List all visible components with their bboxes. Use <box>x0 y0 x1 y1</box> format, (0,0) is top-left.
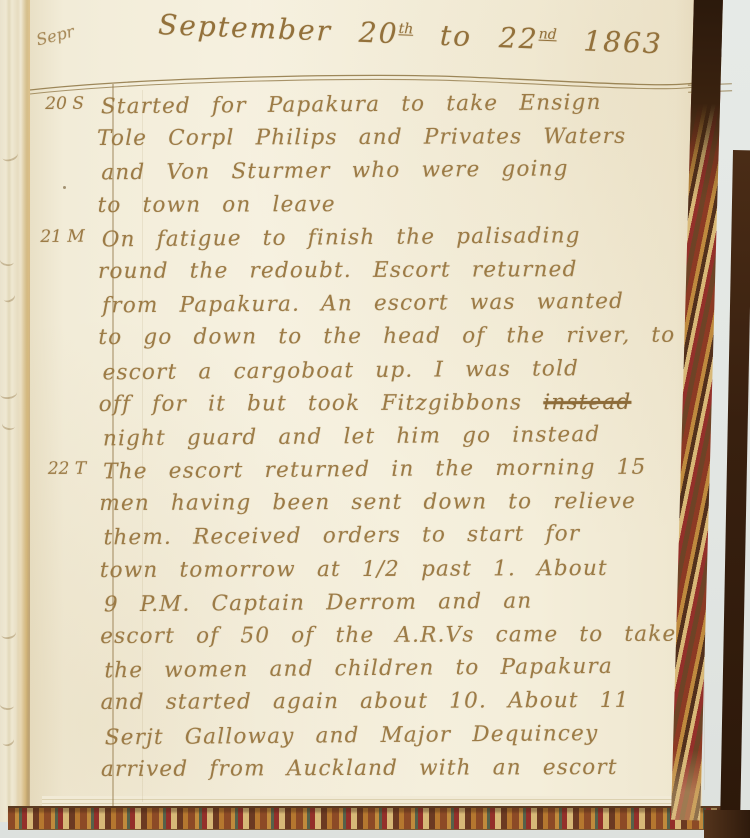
title-ordinal-from: th <box>398 21 413 38</box>
diary-photo: Sepr September 20th to 22nd 1863 20 SSta… <box>0 0 750 838</box>
manuscript-line: 9 P.M. Captain Derrom and an <box>104 587 702 625</box>
manuscript-line: the women and children to Papakura <box>104 653 702 691</box>
manuscript-line: escort a cargoboat up. I was told <box>102 355 700 393</box>
manuscript-line: escort of 50 of the A.R.Vs came to take <box>100 622 698 658</box>
manuscript-text: off for it but took Fitzgibbons <box>99 390 544 417</box>
manuscript-line: and started again about 10. About 11 <box>101 688 699 724</box>
entry-lines: On fatigue to finish the palisadinground… <box>93 223 698 459</box>
manuscript-line: On fatigue to finish the palisading <box>102 222 700 260</box>
title-ordinal-to: nd <box>538 26 557 43</box>
manuscript-line: and Von Sturmer who were going <box>101 156 699 194</box>
manuscript-line: to go down to the head of the river, to <box>98 323 696 359</box>
manuscript-line: off for it but took Fitzgibbons instead <box>99 389 697 425</box>
manuscript-line: Serjt Galloway and Major Dequincey <box>105 720 703 758</box>
manuscript-line: The escort returned in the morning 15 <box>103 454 701 492</box>
manuscript-line: town tomorrow at 1/2 past 1. About <box>100 555 698 591</box>
bottom-page-edge-stack <box>42 796 692 806</box>
bottom-marbled-edge <box>8 806 724 830</box>
leather-corner <box>704 810 750 838</box>
struck-word: instead <box>543 390 631 415</box>
manuscript-line: arrived from Auckland with an escort <box>101 754 699 790</box>
title-day-to: 22 <box>498 21 539 55</box>
title-year: 1863 <box>583 24 663 60</box>
leather-cover-edge <box>720 150 750 838</box>
diary-entry: 20 SStarted for Papakura to take EnsignT… <box>28 90 697 227</box>
manuscript-line: Started for Papakura to take Ensign <box>101 89 699 127</box>
manuscript-line: night guard and let him go instead <box>103 421 701 459</box>
entry-date-label: 20 S <box>28 94 93 227</box>
entry-date-label: 22 T <box>30 459 96 791</box>
entry-date-label: 21 M <box>29 226 94 459</box>
title-month: September <box>158 8 333 48</box>
title-day-from: 20 <box>358 16 399 50</box>
title-connector: to <box>439 19 472 53</box>
entry-lines: Started for Papakura to take EnsignTole … <box>92 90 697 226</box>
manuscript-line: to town on leave <box>98 190 696 226</box>
manuscript-line: round the redoubt. Escort returned <box>98 257 696 293</box>
manuscript-line: them. Received orders to start for <box>103 521 701 559</box>
manuscript-line: Tole Corpl Philips and Privates Waters <box>97 124 695 160</box>
diary-entry: 22 TThe escort returned in the morning 1… <box>30 455 700 791</box>
entry-lines: The escort returned in the morning 15men… <box>94 455 700 791</box>
diary-entry: 21 MOn fatigue to finish the palisadingr… <box>29 223 698 459</box>
manuscript-line: from Papakura. An escort was wanted <box>102 288 700 326</box>
manuscript-line: men having been sent down to relieve <box>99 489 697 525</box>
entries: 20 SStarted for Papakura to take EnsignT… <box>28 90 700 791</box>
